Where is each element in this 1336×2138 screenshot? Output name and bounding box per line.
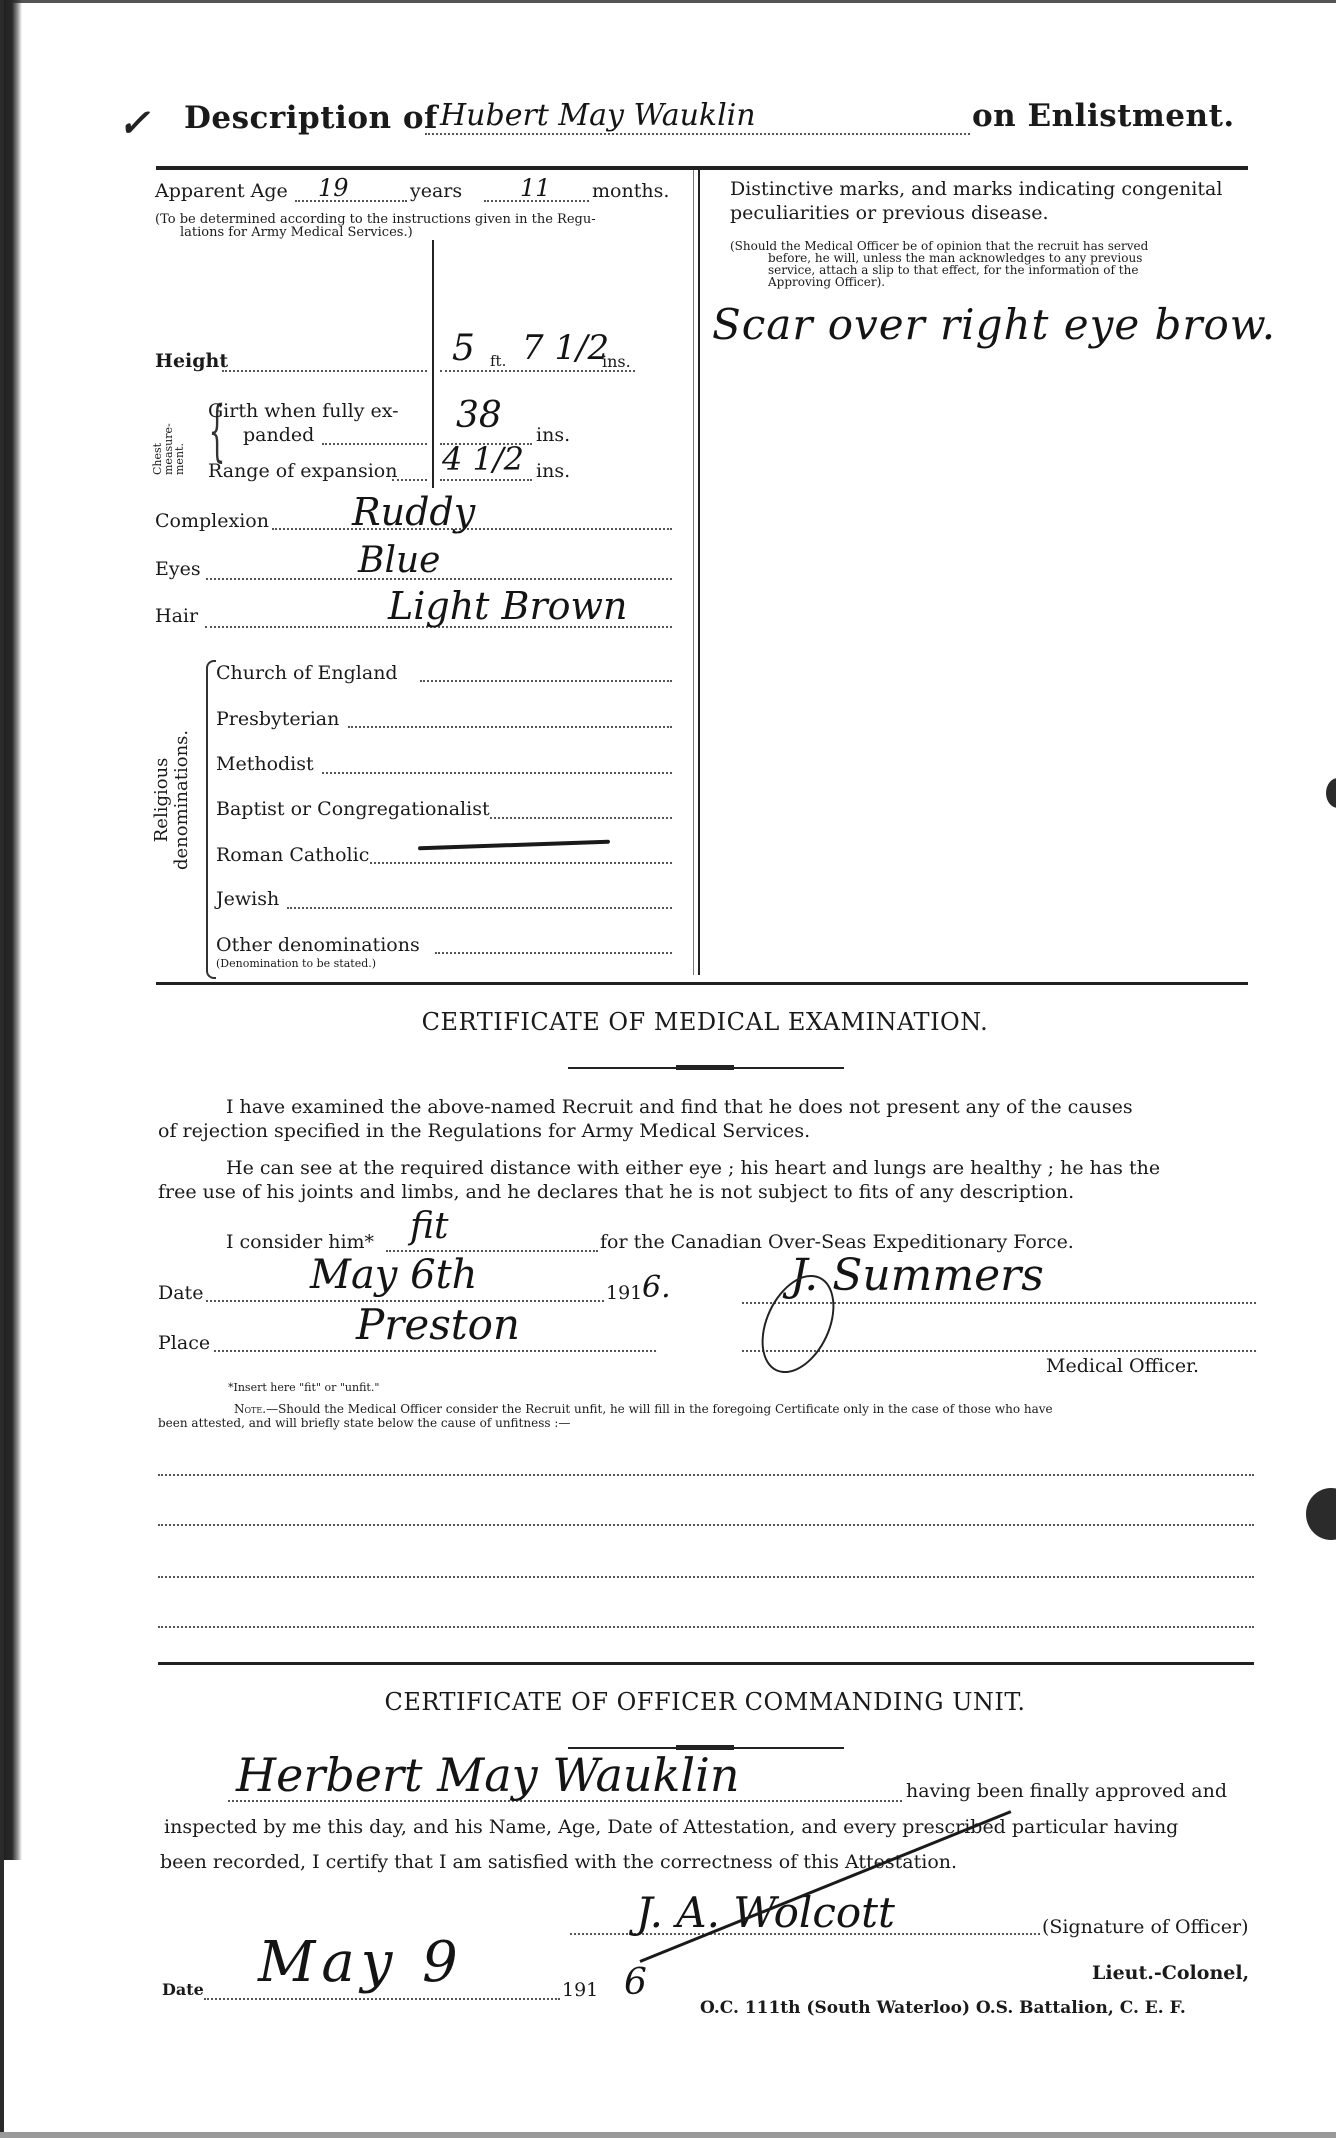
religion-label: Church of England (216, 662, 398, 684)
scan-top-edge (0, 0, 1336, 3)
range-unit: ins. (536, 460, 570, 482)
distinctive-marks-value: Scar over right eye brow. (712, 300, 1276, 349)
roman-catholic-mark (418, 840, 610, 851)
girth-line (322, 443, 427, 445)
officer-line2: inspected by me this day, and his Name, … (164, 1816, 1178, 1838)
distinctive-heading-line2: peculiarities or previous disease. (730, 202, 1049, 224)
officer-date-label: Date (162, 1980, 204, 1999)
medical-para2-line1: He can see at the required distance with… (226, 1157, 1160, 1179)
scan-bottom-edge (0, 2132, 1336, 2138)
religion-label: Other denominations (216, 934, 420, 956)
medical-para1-line1: I have examined the above-named Recruit … (226, 1096, 1133, 1118)
medical-para2-line2: free use of his joints and limbs, and he… (158, 1181, 1074, 1203)
fit-value: fit (410, 1206, 448, 1247)
religion-line (287, 907, 672, 909)
religion-label: Baptist or Congregationalist (216, 798, 490, 820)
unfitness-line (158, 1626, 1254, 1628)
section-rule-2 (158, 1662, 1254, 1665)
months-label: months. (592, 180, 669, 202)
religion-label-2: denominations. (172, 730, 192, 870)
range-line (392, 479, 427, 481)
officer-line3: been recorded, I certify that I am satis… (160, 1851, 957, 1873)
age-months-value: 11 (520, 174, 551, 202)
height-in-value: 7 1/2 (522, 328, 609, 368)
medical-officer-label: Medical Officer. (1046, 1355, 1199, 1377)
height-label: Height (155, 350, 228, 372)
unfitness-line (158, 1576, 1254, 1578)
hair-label: Hair (155, 605, 198, 627)
hair-value: Light Brown (388, 584, 628, 628)
religion-line (435, 952, 672, 954)
value-divider (432, 240, 434, 488)
years-label: years (410, 180, 462, 202)
officer-cert-recruit-name: Herbert May Wauklin (236, 1748, 739, 1802)
eyes-value: Blue (358, 540, 440, 581)
officer-signature: J. A. Wolcott (636, 1888, 895, 1937)
range-value: 4 1/2 (442, 440, 524, 478)
section-rule (156, 982, 1248, 985)
note-label: Note.—Should the Medical Officer conside… (234, 1404, 1053, 1415)
place-label: Place (158, 1332, 210, 1354)
chest-label-3: ment. (174, 423, 185, 475)
ft-label: ft. (490, 352, 506, 370)
year-suffix: 6. (642, 1270, 671, 1305)
age-years-line (295, 200, 407, 202)
distinctive-note-line4: Approving Officer). (768, 276, 885, 288)
officer-rank: Lieut.-Colonel, (1092, 1962, 1249, 1984)
religion-label: Roman Catholic (216, 844, 369, 866)
complexion-value: Ruddy (352, 490, 475, 534)
religion-line (348, 726, 672, 728)
religion-label-1: Religious (152, 730, 172, 870)
signature-of-officer-label: (Signature of Officer) (1042, 1916, 1249, 1938)
officer-unit: O.C. 111th (South Waterloo) O.S. Battali… (700, 1998, 1186, 2018)
column-divider-inner (693, 170, 694, 975)
unfitness-line (158, 1474, 1254, 1476)
recruit-name: Hubert May Wauklin (440, 98, 756, 133)
age-note-line2: lations for Army Medical Services.) (180, 226, 413, 239)
range-label: Range of expansion (208, 460, 397, 482)
check-mark-icon: ✓ (118, 100, 150, 145)
religion-label: Methodist (216, 753, 314, 775)
punch-hole (1326, 778, 1336, 808)
religion-line (490, 817, 672, 819)
ins-label: ins. (602, 352, 631, 371)
place-line (214, 1350, 656, 1352)
other-denomination-note: (Denomination to be stated.) (216, 958, 376, 969)
religion-label: Jewish (216, 888, 279, 910)
complexion-label: Complexion (155, 510, 269, 532)
title-suffix: on Enlistment. (972, 98, 1235, 134)
year-prefix: 191 (606, 1282, 642, 1304)
title-prefix: Description of (184, 100, 438, 136)
girth-label-line2: panded (243, 424, 314, 446)
scan-left-border (0, 0, 4, 2138)
officer-certificate-heading: CERTIFICATE OF OFFICER COMMANDING UNIT. (0, 1688, 1336, 1716)
religion-label: Presbyterian (216, 708, 339, 730)
religion-line (370, 862, 672, 864)
place-value: Preston (356, 1300, 520, 1349)
distinctive-heading-line1: Distinctive marks, and marks indicating … (730, 178, 1222, 200)
column-divider (698, 170, 700, 975)
apparent-age-label: Apparent Age (155, 180, 288, 202)
note-label-text: Note. (234, 1402, 266, 1416)
age-years-value: 19 (318, 174, 349, 202)
officer-year-suffix: 6 (624, 1962, 647, 2003)
religion-brace (206, 660, 216, 979)
note-line1: —Should the Medical Officer consider the… (266, 1402, 1053, 1416)
girth-unit: ins. (536, 424, 570, 446)
girth-value: 38 (456, 395, 502, 436)
girth-label-line1: Girth when fully ex- (208, 400, 399, 422)
officer-date-value: May 9 (258, 1930, 464, 1995)
officer-line1-suffix: having been finally approved and (906, 1780, 1227, 1802)
range-value-line (440, 479, 532, 481)
height-line (222, 370, 427, 372)
medical-certificate-heading: CERTIFICATE OF MEDICAL EXAMINATION. (0, 1008, 1336, 1036)
consider-label: I consider him* (226, 1231, 374, 1253)
ornament-rule-center (676, 1065, 734, 1070)
note-line2: been attested, and will briefly state be… (158, 1418, 570, 1429)
medical-para1-line2: of rejection specified in the Regulation… (158, 1120, 810, 1142)
religion-line (322, 772, 672, 774)
date-label: Date (158, 1282, 203, 1304)
fit-footnote: *Insert here "fit" or "unfit." (228, 1382, 379, 1393)
chest-measurement-label: Chest measure- ment. (152, 423, 185, 475)
unfitness-line (158, 1524, 1254, 1526)
religion-group-label: Religious denominations. (152, 730, 192, 870)
officer-date-line (204, 1998, 560, 2000)
top-rule (156, 166, 1248, 170)
officer-year-prefix: 191 (562, 1979, 598, 2001)
eyes-label: Eyes (155, 558, 201, 580)
name-line (425, 133, 970, 135)
punch-hole (1306, 1488, 1336, 1540)
date-value: May 6th (310, 1252, 477, 1298)
height-ft-value: 5 (452, 328, 475, 369)
religion-line (420, 680, 672, 682)
